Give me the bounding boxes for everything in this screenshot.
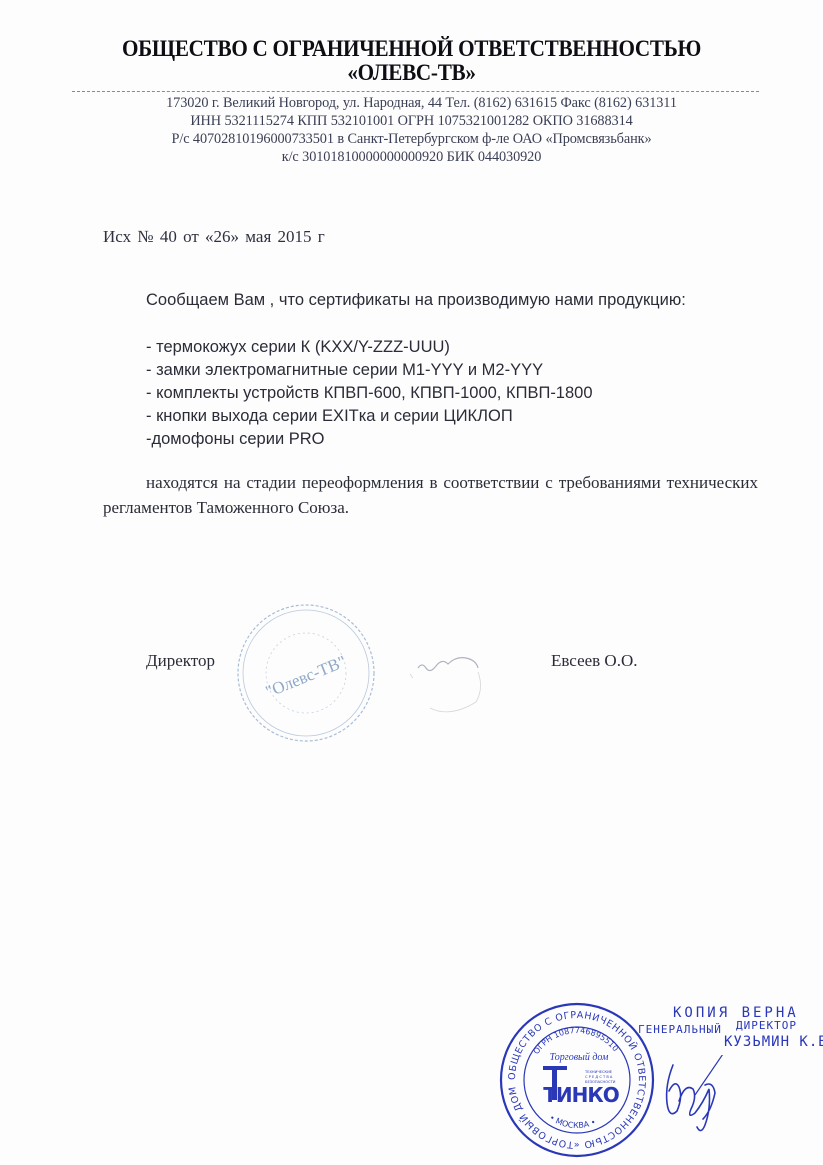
stamp-text: "Олевс-ТВ" — [263, 652, 349, 701]
certifier-name: КУЗЬМИН К.В. — [724, 1034, 823, 1050]
list-item: -домофоны серии PRO — [146, 428, 593, 451]
requisites-bank-account: Р/с 40702810196000733501 в Санкт-Петербу… — [0, 131, 823, 148]
requisites-tax-ids: ИНН 5321115274 КПП 532101001 ОГРН 107532… — [0, 113, 823, 130]
letter-conclusion: находятся на стадии переоформления в соо… — [103, 470, 758, 520]
svg-text:С Р Е Д С Т В А: С Р Е Д С Т В А — [585, 1075, 613, 1079]
product-list: - термокожух серии К (KXX/Y-ZZZ-UUU) - з… — [146, 336, 593, 451]
letter-intro: Сообщаем Вам , что сертификаты на произв… — [146, 291, 686, 310]
stamp-city: • МОСКВА • — [548, 1113, 597, 1130]
svg-text:ТЕХНИЧЕСКИЕ: ТЕХНИЧЕСКИЕ — [584, 1070, 613, 1074]
company-title-line1: ОБЩЕСТВО С ОГРАНИЧЕННОЙ ОТВЕТСТВЕННОСТЬЮ — [33, 36, 790, 62]
header-divider — [72, 91, 759, 92]
certifier-title-director: ДИРЕКТОР — [736, 1019, 797, 1032]
document-page: ОБЩЕСТВО С ОГРАНИЧЕННОЙ ОТВЕТСТВЕННОСТЬЮ… — [0, 0, 823, 1165]
company-title-line2: «ОЛЕВС-ТВ» — [33, 60, 790, 86]
list-item: - замки электромагнитные серии M1-YYY и … — [146, 359, 593, 382]
tinko-stamp-icon: ОБЩЕСТВО С ОГРАНИЧЕННОЙ ОТВЕТСТВЕННОСТЬЮ… — [497, 1000, 657, 1160]
certifier-signature-icon — [655, 1055, 735, 1135]
outgoing-reference: Исх № 40 от «26» мая 2015 г — [103, 227, 325, 247]
stamp-brand-small: Торговый дом — [550, 1052, 609, 1063]
certifier-title-general: ГЕНЕРАЛЬНЫЙ — [638, 1023, 722, 1036]
list-item: - кнопки выхода серии EXITка и серии ЦИК… — [146, 405, 593, 428]
company-stamp-icon: "Олевс-ТВ" — [235, 602, 377, 744]
list-item: - комплекты устройств КПВП-600, КПВП-100… — [146, 382, 593, 405]
svg-text:• МОСКВА •: • МОСКВА • — [548, 1113, 597, 1130]
signatory-title: Директор — [146, 651, 215, 671]
stamp-brand: ТИНКО — [543, 1083, 618, 1107]
requisites-address: 173020 г. Великий Новгород, ул. Народная… — [10, 95, 823, 112]
requisites-correspondent: к/с 30101810000000000920 БИК 044030920 — [0, 149, 823, 166]
signatory-name: Евсеев О.О. — [551, 651, 638, 671]
list-item: - термокожух серии К (KXX/Y-ZZZ-UUU) — [146, 336, 593, 359]
signature-scribble-icon — [390, 630, 510, 730]
